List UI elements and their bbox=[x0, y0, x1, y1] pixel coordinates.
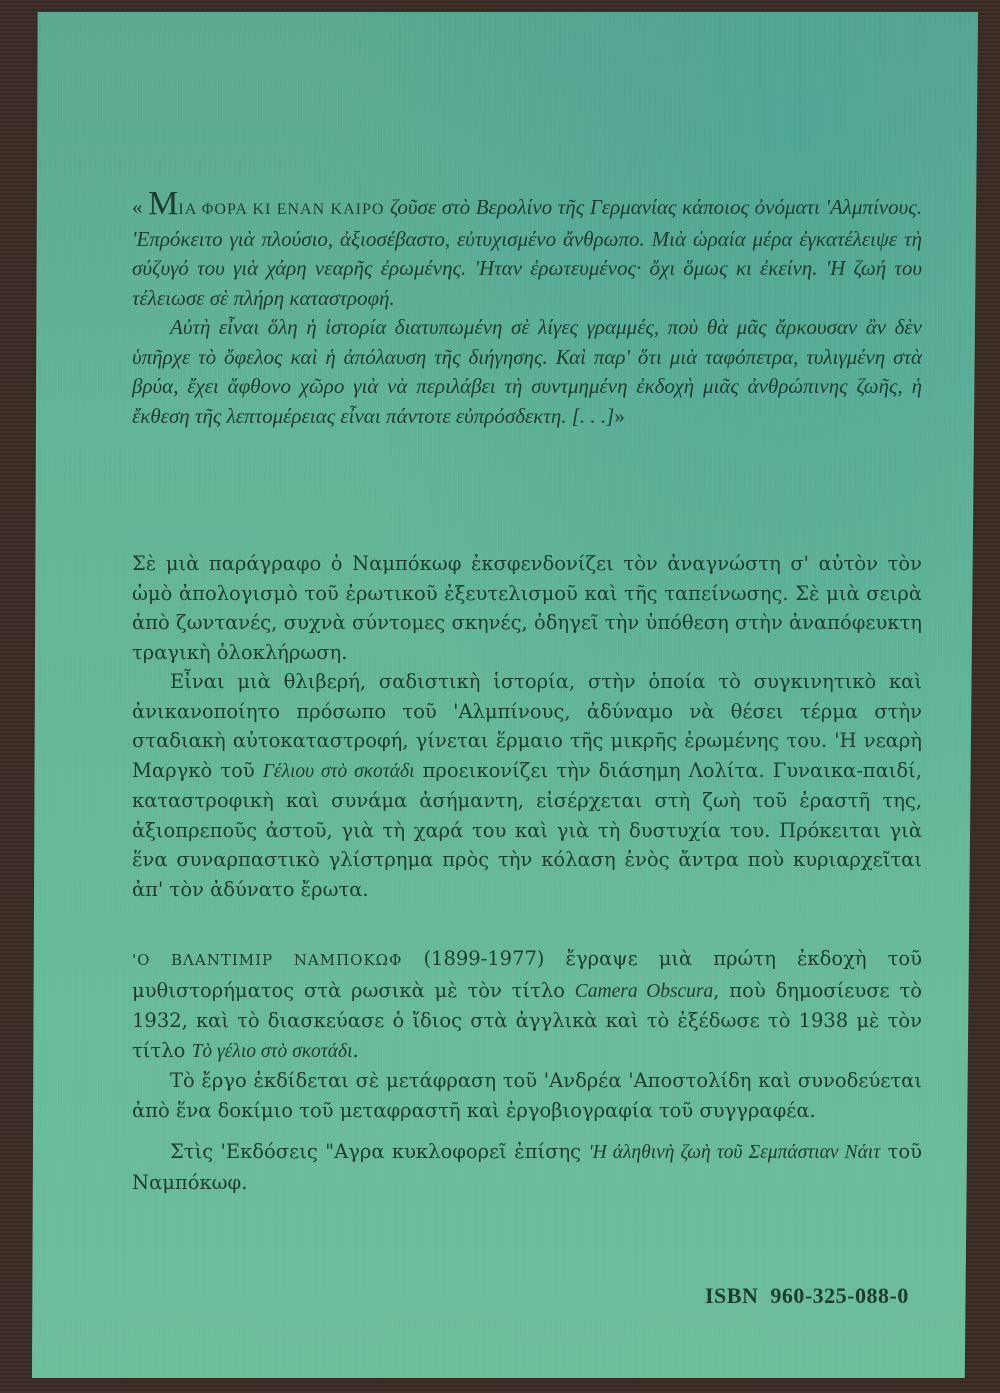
english-title: Τὸ γέλιο στὸ σκοτάδι bbox=[192, 1041, 353, 1062]
author-bio-section: 'Ο ΒΛΑΝΤΙΜΙΡ ΝΑΜΠΟΚΩΦ (1899-1977) ἔγραψε… bbox=[132, 944, 922, 1197]
quote-paragraph-2: Αὐτὴ εἶναι ὅλη ἡ ἱστορία διατυπωμένη σὲ … bbox=[132, 313, 922, 431]
bio-text-end: . bbox=[353, 1039, 359, 1062]
book-title-reference: Γέλιου στὸ σκοτάδι bbox=[263, 761, 415, 782]
summary-section: Σὲ μιὰ παράγραφο ὁ Ναμπόκωφ ἐκσφενδονίζε… bbox=[132, 549, 922, 904]
bio-paragraph-3: Στὶς 'Εκδόσεις "Αγρα κυκλοφορεῖ ἐπίσης '… bbox=[132, 1137, 922, 1197]
lead-in-caps: ΙΑ ΦΟΡΑ ΚΙ ΕΝΑΝ ΚΑΙΡΟ bbox=[178, 201, 384, 218]
quote-paragraph-1: « ΜΙΑ ΦΟΡΑ ΚΙ ΕΝΑΝ ΚΑΙΡΟ ζοῦσε στὸ Βερολ… bbox=[132, 189, 922, 313]
quote-close-mark: » bbox=[614, 404, 625, 428]
quote-paragraph-2-text: Αὐτὴ εἶναι ὅλη ἡ ἱστορία διατυπωμένη σὲ … bbox=[132, 315, 922, 428]
summary-paragraph-1: Σὲ μιὰ παράγραφο ὁ Ναμπόκωφ ἐκσφενδονίζε… bbox=[132, 549, 922, 667]
drop-cap: Μ bbox=[148, 185, 178, 222]
summary-paragraph-2: Εἶναι μιὰ θλιβερή, σαδιστικὴ ἱστορία, στ… bbox=[132, 667, 922, 904]
original-title: Camera Obscura bbox=[575, 981, 713, 1002]
opening-quote: « ΜΙΑ ΦΟΡΑ ΚΙ ΕΝΑΝ ΚΑΙΡΟ ζοῦσε στὸ Βερολ… bbox=[132, 189, 922, 431]
other-book-title: 'Η ἀληθινὴ ζωὴ τοῦ Σεμπάστιαν Νάιτ bbox=[588, 1142, 880, 1163]
bio-paragraph-2: Τὸ ἔργο ἐκδίδεται σὲ μετάφραση τοῦ 'Ανδρ… bbox=[132, 1066, 922, 1125]
bio-text-c: Στὶς 'Εκδόσεις "Αγρα κυκλοφορεῖ ἐπίσης bbox=[170, 1140, 588, 1163]
book-back-cover: « ΜΙΑ ΦΟΡΑ ΚΙ ΕΝΑΝ ΚΑΙΡΟ ζοῦσε στὸ Βερολ… bbox=[32, 12, 978, 1378]
bio-paragraph-1: 'Ο ΒΛΑΝΤΙΜΙΡ ΝΑΜΠΟΚΩΦ (1899-1977) ἔγραψε… bbox=[132, 944, 922, 1066]
isbn-number: ISBN 960-325-088-0 bbox=[705, 1283, 909, 1309]
author-name: 'Ο ΒΛΑΝΤΙΜΙΡ ΝΑΜΠΟΚΩΦ bbox=[132, 951, 402, 969]
quote-open-mark: « bbox=[132, 195, 143, 219]
